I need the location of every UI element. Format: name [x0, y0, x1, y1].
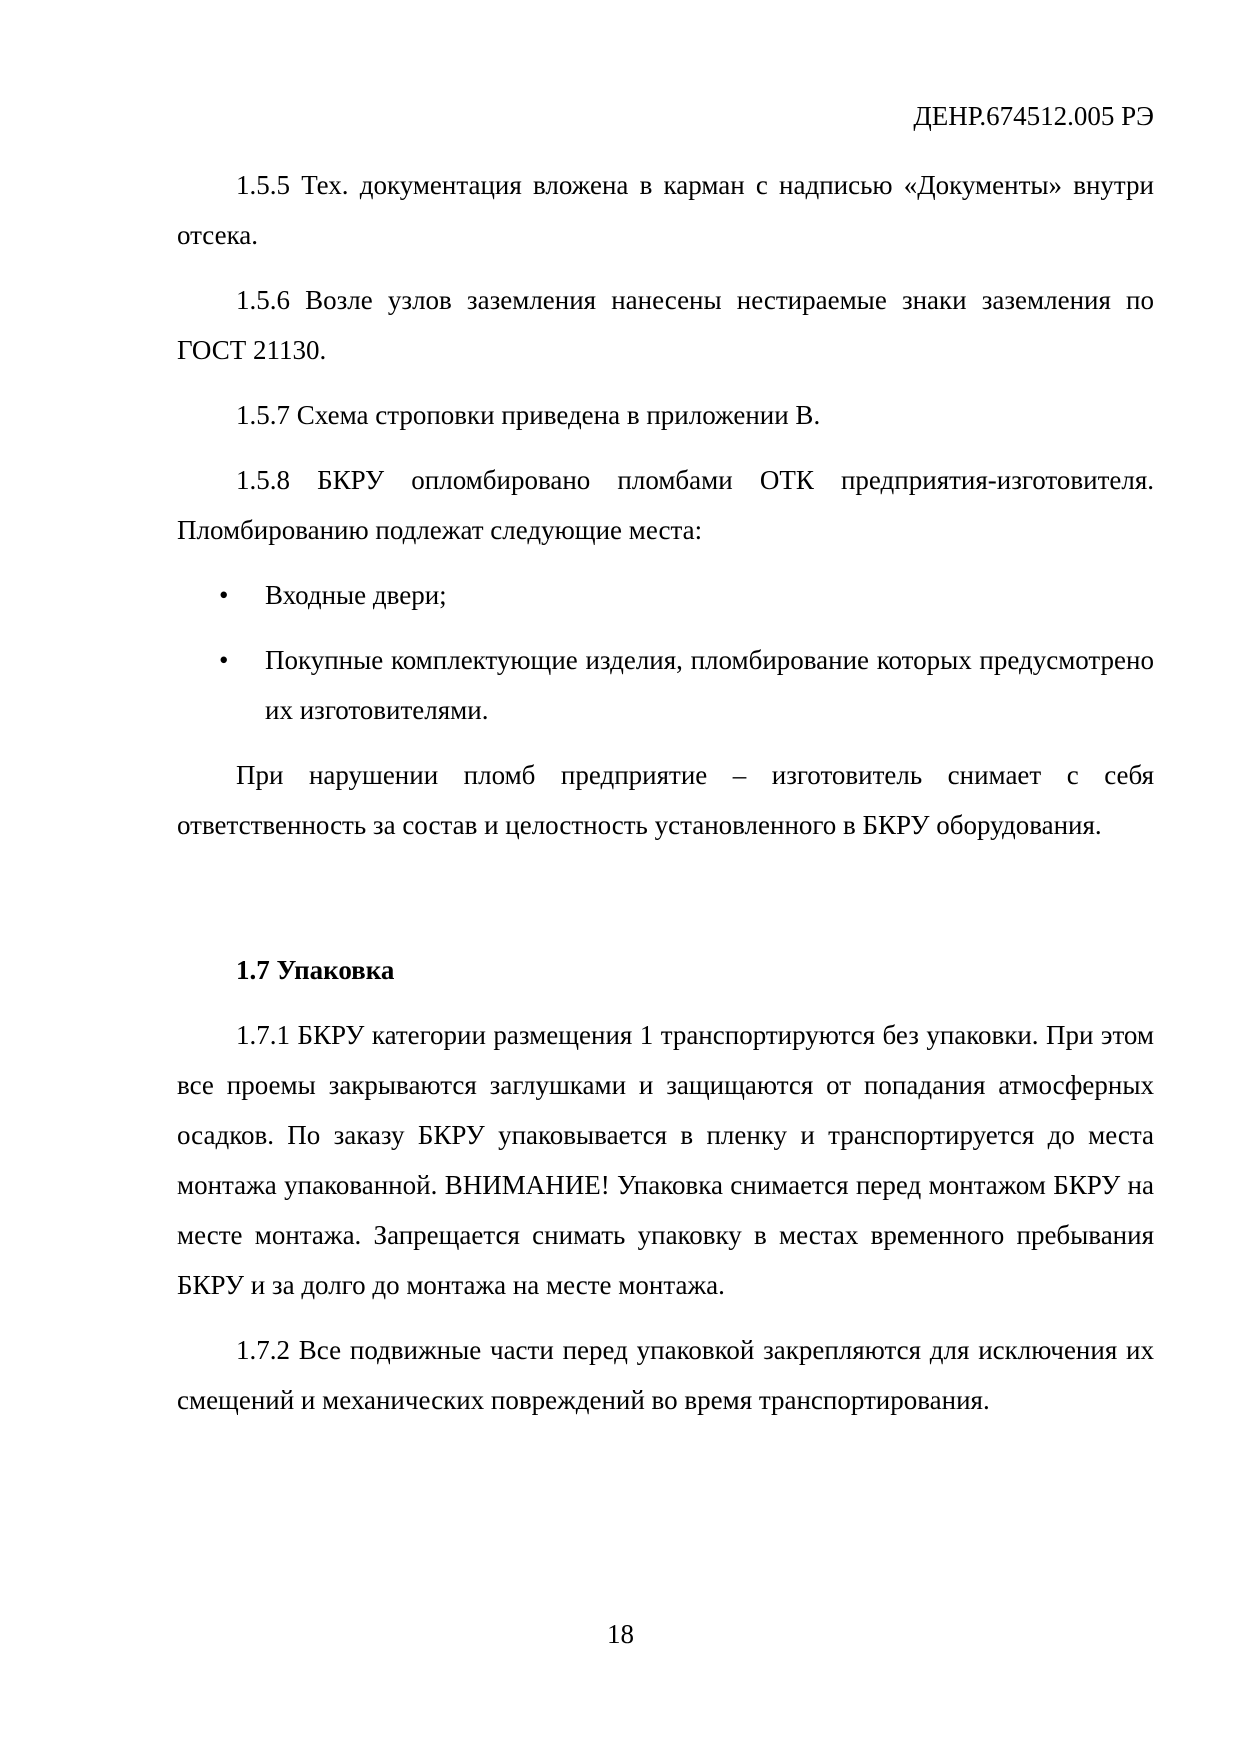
sealing-places-list: • Входные двери; • Покупные комплектующи… — [177, 570, 1154, 735]
bullet-icon: • — [219, 570, 228, 620]
document-page: ДЕНР.674512.005 РЭ 1.5.5 Тех. документац… — [0, 0, 1241, 1755]
page-number: 18 — [0, 1618, 1241, 1650]
page-content: 1.5.5 Тех. документация вложена в карман… — [177, 160, 1154, 1440]
paragraph-1-7-2: 1.7.2 Все подвижные части перед упаковко… — [177, 1325, 1154, 1425]
paragraph-seal-violation: При нарушении пломб предприятие – изгото… — [177, 750, 1154, 850]
paragraph-1-5-5: 1.5.5 Тех. документация вложена в карман… — [177, 160, 1154, 260]
list-item: • Покупные комплектующие изделия, пломби… — [177, 635, 1154, 735]
section-spacer — [177, 865, 1154, 945]
document-code-header: ДЕНР.674512.005 РЭ — [913, 100, 1154, 132]
paragraph-1-5-6: 1.5.6 Возле узлов заземления нанесены не… — [177, 275, 1154, 375]
paragraph-1-5-8: 1.5.8 БКРУ опломбировано пломбами ОТК пр… — [177, 455, 1154, 555]
list-item-text: Входные двери; — [265, 580, 447, 610]
list-item: • Входные двери; — [177, 570, 1154, 620]
paragraph-1-7-1: 1.7.1 БКРУ категории размещения 1 трансп… — [177, 1010, 1154, 1310]
paragraph-1-5-7: 1.5.7 Схема строповки приведена в прилож… — [177, 390, 1154, 440]
bullet-icon: • — [219, 635, 228, 685]
section-heading-packaging: 1.7 Упаковка — [177, 945, 1154, 995]
list-item-text: Покупные комплектующие изделия, пломбиро… — [265, 645, 1154, 725]
